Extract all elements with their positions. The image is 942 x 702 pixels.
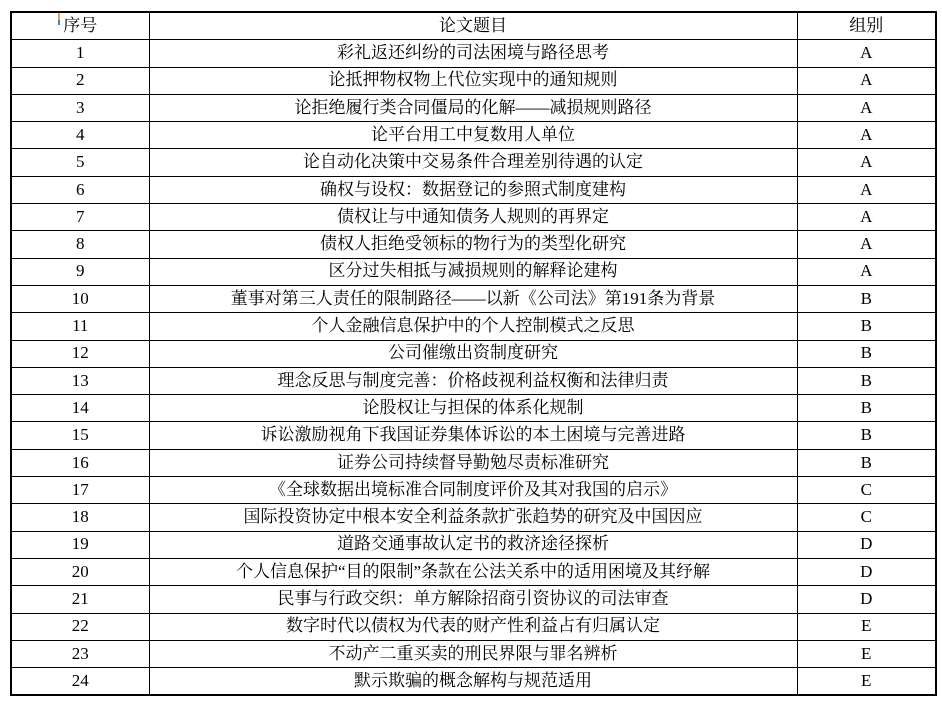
cell-group: A	[797, 176, 936, 203]
table-row: 22 数字时代以债权为代表的财产性利益占有归属认定 E	[11, 613, 936, 640]
cell-serial-number: 15	[11, 422, 149, 449]
cell-serial-number: 24	[11, 668, 149, 696]
cell-serial-number: 9	[11, 258, 149, 285]
document-page: 序号 论文题目 组别 1 彩礼返还纠纷的司法困境与路径思考 A 2 论抵押物权物…	[0, 0, 942, 702]
paper-table-header: 序号 论文题目 组别	[11, 12, 936, 40]
cell-paper-title: 道路交通事故认定书的救济途径探析	[149, 531, 797, 558]
header-row: 序号 论文题目 组别	[11, 12, 936, 40]
cell-group: C	[797, 477, 936, 504]
cell-group: B	[797, 340, 936, 367]
table-row: 9 区分过失相抵与减损规则的解释论建构 A	[11, 258, 936, 285]
cell-group: A	[797, 204, 936, 231]
table-row: 13 理念反思与制度完善：价格歧视利益权衡和法律归责 B	[11, 367, 936, 394]
cell-group: A	[797, 258, 936, 285]
cell-paper-title: 数字时代以债权为代表的财产性利益占有归属认定	[149, 613, 797, 640]
cell-serial-number: 16	[11, 449, 149, 476]
cell-serial-number: 19	[11, 531, 149, 558]
cell-serial-number: 7	[11, 204, 149, 231]
table-row: 5 论自动化决策中交易条件合理差别待遇的认定 A	[11, 149, 936, 176]
cell-serial-number: 6	[11, 176, 149, 203]
cell-paper-title: 民事与行政交织：单方解除招商引资协议的司法审查	[149, 586, 797, 613]
cell-paper-title: 确权与设权：数据登记的参照式制度建构	[149, 176, 797, 203]
cell-group: D	[797, 586, 936, 613]
cell-paper-title: 债权人拒绝受领标的物行为的类型化研究	[149, 231, 797, 258]
table-row: 24 默示欺骗的概念解构与规范适用 E	[11, 668, 936, 696]
cell-group: D	[797, 558, 936, 585]
cell-paper-title: 证券公司持续督导勤勉尽责标准研究	[149, 449, 797, 476]
cell-group: A	[797, 231, 936, 258]
paper-table: 序号 论文题目 组别 1 彩礼返还纠纷的司法困境与路径思考 A 2 论抵押物权物…	[10, 11, 937, 696]
cell-group: E	[797, 613, 936, 640]
cell-serial-number: 4	[11, 122, 149, 149]
cell-group: A	[797, 94, 936, 121]
cell-paper-title: 董事对第三人责任的限制路径——以新《公司法》第191条为背景	[149, 285, 797, 312]
table-row: 14 论股权让与担保的体系化规制 B	[11, 395, 936, 422]
cell-serial-number: 17	[11, 477, 149, 504]
cell-serial-number: 13	[11, 367, 149, 394]
table-row: 18 国际投资协定中根本安全利益条款扩张趋势的研究及中国因应 C	[11, 504, 936, 531]
cell-group: B	[797, 449, 936, 476]
cell-group: E	[797, 668, 936, 696]
cell-paper-title: 《全球数据出境标准合同制度评价及其对我国的启示》	[149, 477, 797, 504]
paper-table-container: 序号 论文题目 组别 1 彩礼返还纠纷的司法困境与路径思考 A 2 论抵押物权物…	[10, 11, 937, 696]
cell-serial-number: 2	[11, 67, 149, 94]
cell-group: C	[797, 504, 936, 531]
cell-group: B	[797, 285, 936, 312]
cell-serial-number: 18	[11, 504, 149, 531]
cell-serial-number: 11	[11, 313, 149, 340]
table-row: 2 论抵押物权物上代位实现中的通知规则 A	[11, 67, 936, 94]
cell-group: D	[797, 531, 936, 558]
cell-paper-title: 论股权让与担保的体系化规制	[149, 395, 797, 422]
cell-serial-number: 8	[11, 231, 149, 258]
cell-serial-number: 22	[11, 613, 149, 640]
header-cell-paper-title: 论文题目	[149, 12, 797, 40]
table-row: 10 董事对第三人责任的限制路径——以新《公司法》第191条为背景 B	[11, 285, 936, 312]
cell-group: A	[797, 122, 936, 149]
table-row: 19 道路交通事故认定书的救济途径探析 D	[11, 531, 936, 558]
cell-serial-number: 3	[11, 94, 149, 121]
cell-paper-title: 彩礼返还纠纷的司法困境与路径思考	[149, 40, 797, 67]
table-row: 3 论拒绝履行类合同僵局的化解——减损规则路径 A	[11, 94, 936, 121]
cell-group: E	[797, 640, 936, 667]
table-row: 16 证券公司持续督导勤勉尽责标准研究 B	[11, 449, 936, 476]
cell-paper-title: 个人金融信息保护中的个人控制模式之反思	[149, 313, 797, 340]
cell-serial-number: 20	[11, 558, 149, 585]
table-row: 12 公司催缴出资制度研究 B	[11, 340, 936, 367]
cell-paper-title: 公司催缴出资制度研究	[149, 340, 797, 367]
cell-serial-number: 23	[11, 640, 149, 667]
cell-serial-number: 10	[11, 285, 149, 312]
table-row: 8 债权人拒绝受领标的物行为的类型化研究 A	[11, 231, 936, 258]
table-row: 4 论平台用工中复数用人单位 A	[11, 122, 936, 149]
cell-paper-title: 论自动化决策中交易条件合理差别待遇的认定	[149, 149, 797, 176]
table-row: 21 民事与行政交织：单方解除招商引资协议的司法审查 D	[11, 586, 936, 613]
cell-group: B	[797, 313, 936, 340]
header-cell-serial-number: 序号	[11, 12, 149, 40]
paper-table-body: 1 彩礼返还纠纷的司法困境与路径思考 A 2 论抵押物权物上代位实现中的通知规则…	[11, 40, 936, 696]
table-row: 11 个人金融信息保护中的个人控制模式之反思 B	[11, 313, 936, 340]
cell-group: A	[797, 40, 936, 67]
table-row: 7 债权让与中通知债务人规则的再界定 A	[11, 204, 936, 231]
cell-serial-number: 5	[11, 149, 149, 176]
header-cell-group: 组别	[797, 12, 936, 40]
cell-serial-number: 1	[11, 40, 149, 67]
cell-group: A	[797, 67, 936, 94]
cell-paper-title: 论抵押物权物上代位实现中的通知规则	[149, 67, 797, 94]
cell-group: B	[797, 422, 936, 449]
cell-paper-title: 个人信息保护“目的限制”条款在公法关系中的适用困境及其纾解	[149, 558, 797, 585]
table-row: 6 确权与设权：数据登记的参照式制度建构 A	[11, 176, 936, 203]
cell-serial-number: 12	[11, 340, 149, 367]
table-row: 17 《全球数据出境标准合同制度评价及其对我国的启示》 C	[11, 477, 936, 504]
table-row: 15 诉讼激励视角下我国证券集体诉讼的本土困境与完善进路 B	[11, 422, 936, 449]
table-row: 20 个人信息保护“目的限制”条款在公法关系中的适用困境及其纾解 D	[11, 558, 936, 585]
cell-group: A	[797, 149, 936, 176]
cell-paper-title: 不动产二重买卖的刑民界限与罪名辨析	[149, 640, 797, 667]
cell-paper-title: 论拒绝履行类合同僵局的化解——减损规则路径	[149, 94, 797, 121]
table-row: 23 不动产二重买卖的刑民界限与罪名辨析 E	[11, 640, 936, 667]
cell-paper-title: 理念反思与制度完善：价格歧视利益权衡和法律归责	[149, 367, 797, 394]
table-row: 1 彩礼返还纠纷的司法困境与路径思考 A	[11, 40, 936, 67]
cell-group: B	[797, 367, 936, 394]
cell-paper-title: 默示欺骗的概念解构与规范适用	[149, 668, 797, 696]
cell-serial-number: 14	[11, 395, 149, 422]
cell-paper-title: 论平台用工中复数用人单位	[149, 122, 797, 149]
cell-paper-title: 区分过失相抵与减损规则的解释论建构	[149, 258, 797, 285]
cell-paper-title: 债权让与中通知债务人规则的再界定	[149, 204, 797, 231]
cell-serial-number: 21	[11, 586, 149, 613]
cell-paper-title: 诉讼激励视角下我国证券集体诉讼的本土困境与完善进路	[149, 422, 797, 449]
cell-group: B	[797, 395, 936, 422]
cell-paper-title: 国际投资协定中根本安全利益条款扩张趋势的研究及中国因应	[149, 504, 797, 531]
